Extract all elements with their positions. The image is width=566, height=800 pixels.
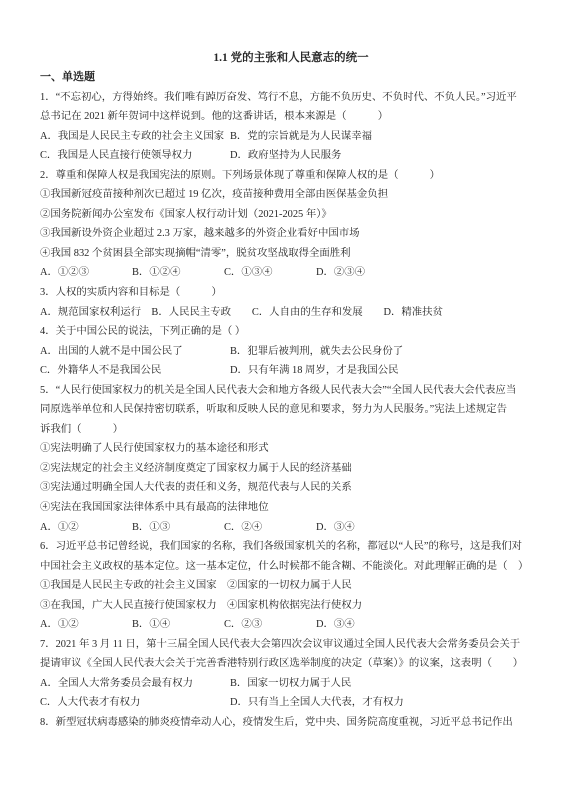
option-cell: B．①②④ xyxy=(132,263,224,283)
option-cell: B．犯罪后被判刑，就失去公民身份了 xyxy=(230,342,403,362)
text-line: 中国社会主义政权的基本定位。这一基本定位，什么时候都不能含糊、不能淡化。对此理解… xyxy=(40,557,542,577)
option-cell: A．①②③ xyxy=(40,263,132,283)
option-cell: A．①② xyxy=(40,615,132,635)
question-lines-container: 1．“不忘初心，方得始终。我们唯有踔厉奋发、笃行不息，方能不负历史、不负时代、不… xyxy=(40,88,542,733)
option-cell: D．②③④ xyxy=(316,263,365,283)
option-cell: B．国家一切权力属于人民 xyxy=(230,674,351,694)
text-line: A．规范国家权利运行 B．人民民主专政 C．人自由的生存和发展 D．精准扶贫 xyxy=(40,303,542,323)
option-cell: A．出国的人就不是中国公民了 xyxy=(40,342,230,362)
text-line: 提请审议《全国人民代表大会关于完善香港特别行政区选举制度的决定（草案）》的议案，… xyxy=(40,654,542,674)
text-line: ④我国 832 个贫困县全部实现摘帽“清零”，脱贫攻坚战取得全面胜利 xyxy=(40,244,542,264)
text-line: ④宪法在我国国家法律体系中具有最高的法律地位 xyxy=(40,498,542,518)
text-line: 2．尊重和保障人权是我国宪法的原则。下列场景体现了尊重和保障人权的是（ ） xyxy=(40,166,542,186)
option-cell: C．①③④ xyxy=(224,263,316,283)
text-line: ②国务院新闻办公室发布《国家人权行动计划（2021-2025 年）》 xyxy=(40,205,542,225)
text-line: ①我国是人民民主专政的社会主义国家 ②国家的一切权力属于人民 xyxy=(40,576,542,596)
section-heading: 一、单选题 xyxy=(40,68,542,88)
text-line: ①我国新冠疫苗接种剂次已超过 19 亿次，疫苗接种费用全部由医保基金负担 xyxy=(40,185,542,205)
document-title: 1.1 党的主张和人民意志的统一 xyxy=(40,48,542,68)
option-cell: B．①③ xyxy=(132,518,224,538)
option-cell: D．只有当上全国人大代表，才有权力 xyxy=(230,693,404,713)
document-body: 1.1 党的主张和人民意志的统一 一、单选题 1．“不忘初心，方得始终。我们唯有… xyxy=(0,0,566,733)
option-cell: C．人大代表才有权力 xyxy=(40,693,230,713)
option-cell: C．②③ xyxy=(224,615,316,635)
text-line: 总书记在 2021 新年贺词中这样说到。他的这番讲话，根本来源是（ ） xyxy=(40,107,542,127)
text-line: ③我国新设外资企业超过 2.3 万家，越来越多的外资企业看好中国市场 xyxy=(40,224,542,244)
exam-paper-page: 1.1 党的主张和人民意志的统一 一、单选题 1．“不忘初心，方得始终。我们唯有… xyxy=(0,0,566,800)
option-cell: A．我国是人民民主专政的社会主义国家 xyxy=(40,127,230,147)
text-line: 7．2021 年 3 月 11 日，第十三届全国人民代表大会第四次会议审议通过全… xyxy=(40,635,542,655)
text-line: 8．新型冠状病毒感染的肺炎疫情牵动人心，疫情发生后，党中央、国务院高度重视，习近… xyxy=(40,713,542,733)
options-row: A．①②③B．①②④C．①③④D．②③④ xyxy=(40,263,542,283)
option-cell: D．政府坚持为人民服务 xyxy=(230,146,341,166)
options-row: A．①②B．①③C．②④D．③④ xyxy=(40,518,542,538)
option-cell: C．我国是人民直接行使领导权力 xyxy=(40,146,230,166)
options-row: A．出国的人就不是中国公民了B．犯罪后被判刑，就失去公民身份了 xyxy=(40,342,542,362)
text-line: 6．习近平总书记曾经说，我们国家的名称，我们各级国家机关的名称，都冠以“人民”的… xyxy=(40,537,542,557)
text-line: ②宪法规定的社会主义经济制度奠定了国家权力属于人民的经济基础 xyxy=(40,459,542,479)
option-cell: C．外籍华人不是我国公民 xyxy=(40,361,230,381)
options-row: C．我国是人民直接行使领导权力D．政府坚持为人民服务 xyxy=(40,146,542,166)
options-row: C．外籍华人不是我国公民D．只有年满 18 周岁，才是我国公民 xyxy=(40,361,542,381)
text-line: ①宪法明确了人民行使国家权力的基本途径和形式 xyxy=(40,439,542,459)
options-row: A．全国人大常务委员会最有权力B．国家一切权力属于人民 xyxy=(40,674,542,694)
option-cell: D．只有年满 18 周岁，才是我国公民 xyxy=(230,361,399,381)
text-line: ③在我国，广大人民直接行使国家权力 ④国家机构依据宪法行使权力 xyxy=(40,596,542,616)
option-cell: B．①④ xyxy=(132,615,224,635)
text-line: 同原选举单位和人民保持密切联系，听取和反映人民的意见和要求，努力为人民服务。”宪… xyxy=(40,400,542,420)
text-line: ③宪法通过明确全国人大代表的责任和义务，规范代表与人民的关系 xyxy=(40,478,542,498)
options-row: A．我国是人民民主专政的社会主义国家B．党的宗旨就是为人民谋幸福 xyxy=(40,127,542,147)
option-cell: A．①② xyxy=(40,518,132,538)
option-cell: B．党的宗旨就是为人民谋幸福 xyxy=(230,127,372,147)
options-row: A．①②B．①④C．②③D．③④ xyxy=(40,615,542,635)
option-cell: D．③④ xyxy=(316,615,355,635)
text-line: 3．人权的实质内容和目标是（ ） xyxy=(40,283,542,303)
text-line: 5．“人民行使国家权力的机关是全国人民代表大会和地方各级人民代表大会”“全国人民… xyxy=(40,381,542,401)
text-line: 诉我们（ ） xyxy=(40,420,542,440)
option-cell: D．③④ xyxy=(316,518,355,538)
text-line: 1．“不忘初心，方得始终。我们唯有踔厉奋发、笃行不息，方能不负历史、不负时代、不… xyxy=(40,88,542,108)
option-cell: A．全国人大常务委员会最有权力 xyxy=(40,674,230,694)
options-row: C．人大代表才有权力D．只有当上全国人大代表，才有权力 xyxy=(40,693,542,713)
text-line: 4．关于中国公民的说法，下列正确的是（ ） xyxy=(40,322,542,342)
option-cell: C．②④ xyxy=(224,518,316,538)
